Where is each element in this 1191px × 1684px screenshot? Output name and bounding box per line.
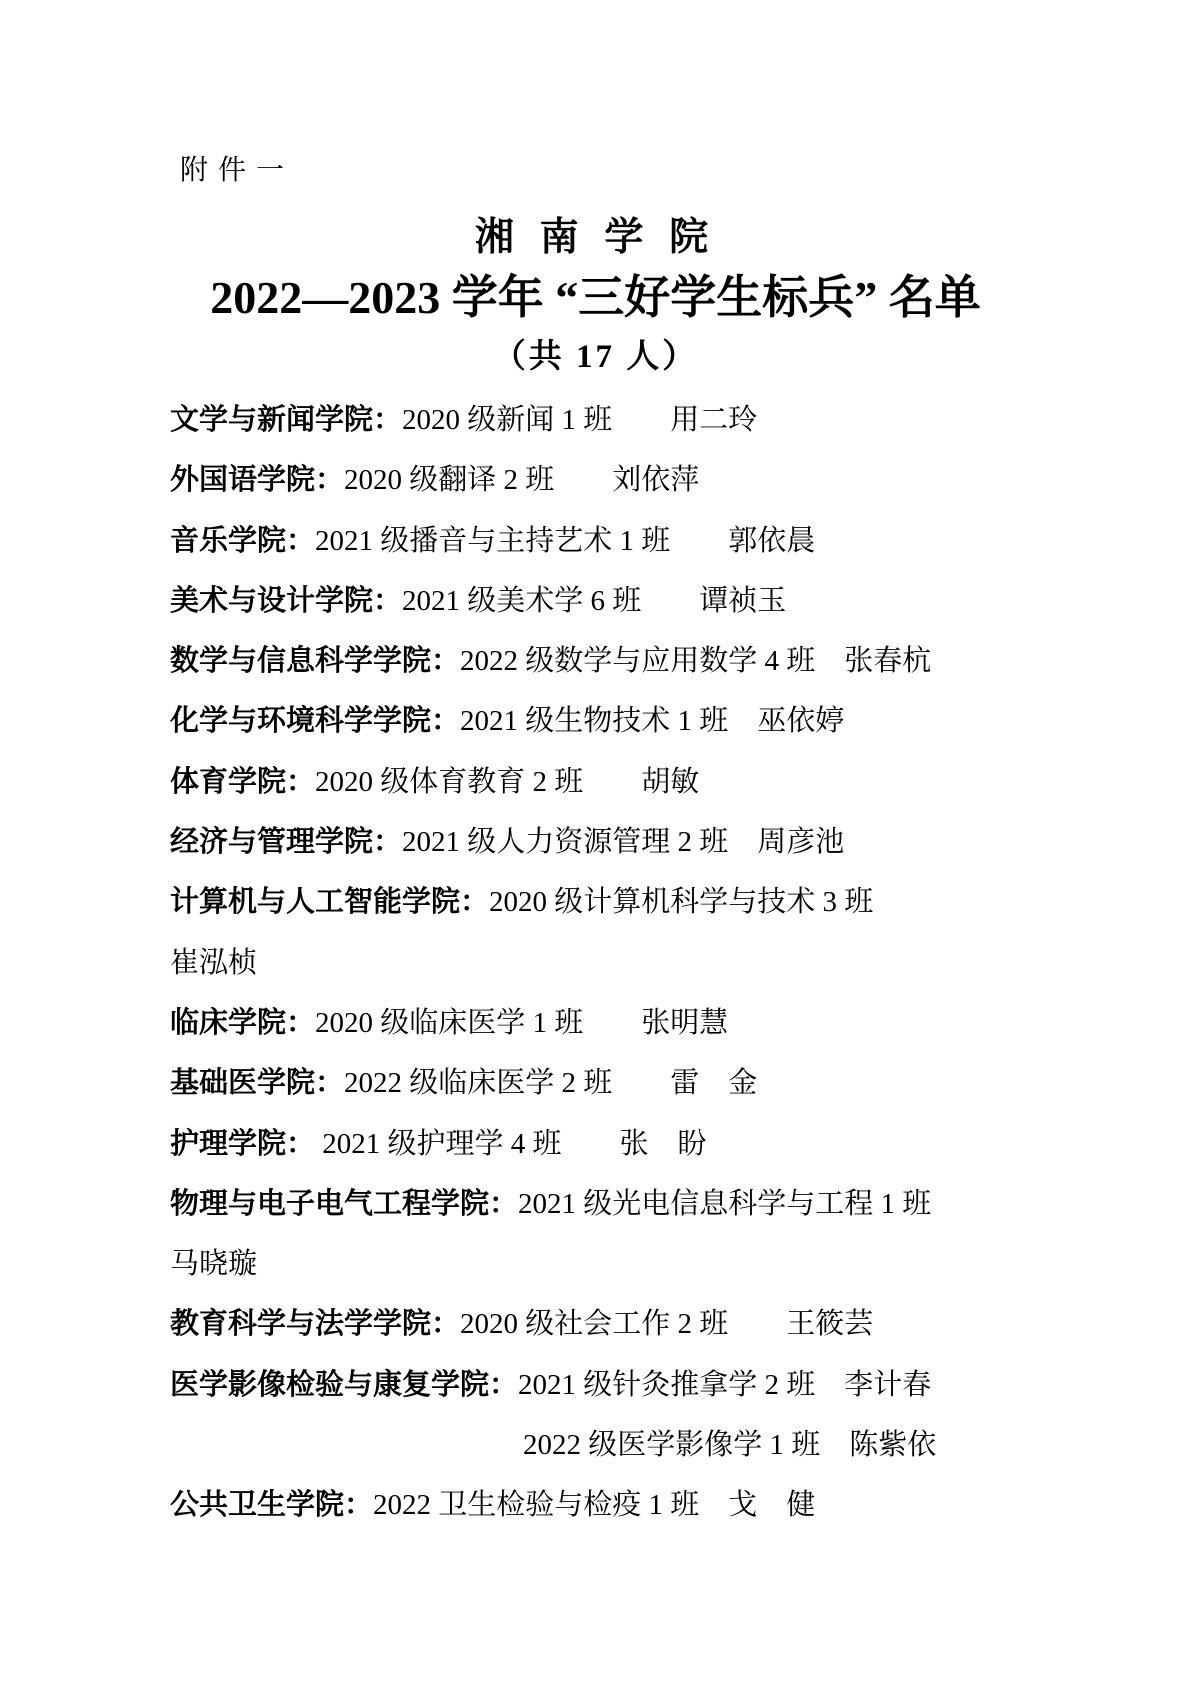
list-item-continuation: 马晓璇 <box>170 1234 1191 1294</box>
list-item: 文学与新闻学院：2020 级新闻 1 班 用二玲 <box>170 390 1191 450</box>
list-item: 护理学院： 2021 级护理学 4 班 张 盼 <box>170 1114 1191 1174</box>
document-title-school: 湘 南 学 院 <box>0 206 1191 262</box>
college-name: 外国语学院： <box>170 464 344 496</box>
list-item: 公共卫生学院：2022 卫生检验与检疫 1 班 戈 健 <box>170 1475 1191 1535</box>
college-name: 教育科学与法学学院： <box>170 1308 460 1340</box>
list-item: 体育学院：2020 级体育教育 2 班 胡敏 <box>170 752 1191 812</box>
entry-detail: 2022 级临床医学 2 班 雷 金 <box>344 1067 757 1099</box>
college-name: 体育学院： <box>170 766 315 798</box>
college-name: 音乐学院： <box>170 525 315 557</box>
entry-detail: 2021 级生物技术 1 班 巫依婷 <box>460 705 844 737</box>
list-item: 基础医学院：2022 级临床医学 2 班 雷 金 <box>170 1053 1191 1113</box>
list-item: 临床学院：2020 级临床医学 1 班 张明慧 <box>170 993 1191 1053</box>
entry-detail: 2020 级新闻 1 班 用二玲 <box>402 404 757 436</box>
college-name: 护理学院： <box>170 1128 315 1160</box>
list-item: 化学与环境科学学院：2021 级生物技术 1 班 巫依婷 <box>170 691 1191 751</box>
college-name: 美术与设计学院： <box>170 585 402 617</box>
list-item: 经济与管理学院：2021 级人力资源管理 2 班 周彦池 <box>170 812 1191 872</box>
attachment-label: 附件一 <box>180 148 294 188</box>
entry-detail: 2021 级人力资源管理 2 班 周彦池 <box>402 826 844 858</box>
college-name: 计算机与人工智能学院： <box>170 886 489 918</box>
document-page: 附件一 湘 南 学 院 2022—2023 学年 “三好学生标兵” 名单 （共 … <box>0 0 1191 1684</box>
college-name: 文学与新闻学院： <box>170 404 402 436</box>
list-item: 美术与设计学院：2021 级美术学 6 班 谭祯玉 <box>170 571 1191 631</box>
list-item: 物理与电子电气工程学院：2021 级光电信息科学与工程 1 班 <box>170 1174 1191 1234</box>
entry-detail: 2020 级社会工作 2 班 王筱芸 <box>460 1308 873 1340</box>
entry-detail: 2021 级针灸推拿学 2 班 李计春 <box>518 1369 931 1401</box>
document-title-main: 2022—2023 学年 “三好学生标兵” 名单 <box>0 261 1191 327</box>
entry-detail: 2020 级翻译 2 班 刘依萍 <box>344 464 699 496</box>
list-item: 外国语学院：2020 级翻译 2 班 刘依萍 <box>170 450 1191 510</box>
document-subtitle-count: （共 17 人） <box>0 330 1191 377</box>
entry-detail: 2021 级护理学 4 班 张 盼 <box>315 1128 707 1160</box>
entry-detail: 2020 级体育教育 2 班 胡敏 <box>315 766 699 798</box>
entry-detail: 2022 级医学影像学 1 班 陈紫依 <box>523 1429 936 1461</box>
list-item: 医学影像检验与康复学院：2021 级针灸推拿学 2 班 李计春 <box>170 1355 1191 1415</box>
awardee-list: 文学与新闻学院：2020 级新闻 1 班 用二玲 外国语学院：2020 级翻译 … <box>170 390 1191 1536</box>
entry-detail: 2020 级计算机科学与技术 3 班 <box>489 886 873 918</box>
college-name: 公共卫生学院： <box>170 1489 373 1521</box>
entry-detail: 2022 卫生检验与检疫 1 班 戈 健 <box>373 1489 815 1521</box>
entry-detail: 2020 级临床医学 1 班 张明慧 <box>315 1007 728 1039</box>
list-item-continuation: 崔泓桢 <box>170 933 1191 993</box>
entry-detail: 崔泓桢 <box>170 947 257 979</box>
entry-detail: 2022 级数学与应用数学 4 班 张春杭 <box>460 645 931 677</box>
college-name: 临床学院： <box>170 1007 315 1039</box>
entry-detail: 马晓璇 <box>170 1248 257 1280</box>
college-name: 经济与管理学院： <box>170 826 402 858</box>
entry-detail: 2021 级播音与主持艺术 1 班 郭依晨 <box>315 525 815 557</box>
college-name: 数学与信息科学学院： <box>170 645 460 677</box>
list-item-continuation: 2022 级医学影像学 1 班 陈紫依 <box>170 1415 1191 1475</box>
list-item: 音乐学院：2021 级播音与主持艺术 1 班 郭依晨 <box>170 511 1191 571</box>
list-item: 教育科学与法学学院：2020 级社会工作 2 班 王筱芸 <box>170 1294 1191 1354</box>
college-name: 基础医学院： <box>170 1067 344 1099</box>
list-item: 计算机与人工智能学院：2020 级计算机科学与技术 3 班 <box>170 872 1191 932</box>
list-item: 数学与信息科学学院：2022 级数学与应用数学 4 班 张春杭 <box>170 631 1191 691</box>
entry-detail: 2021 级光电信息科学与工程 1 班 <box>518 1188 931 1220</box>
college-name: 医学影像检验与康复学院： <box>170 1369 518 1401</box>
college-name: 化学与环境科学学院： <box>170 705 460 737</box>
entry-detail: 2021 级美术学 6 班 谭祯玉 <box>402 585 786 617</box>
college-name: 物理与电子电气工程学院： <box>170 1188 518 1220</box>
